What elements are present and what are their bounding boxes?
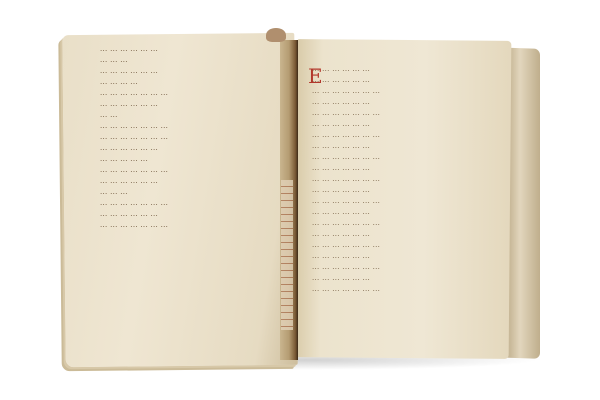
text-line: ... ... ... ... ... ... [312,64,482,75]
text-line: ... ... ... ... ... ... ... [312,284,482,295]
text-line: ... ... ... ... ... ... [100,209,280,220]
text-line: ... ... ... ... ... ... ... [312,196,482,207]
text-line: ... ... ... ... ... ... [100,66,280,77]
text-line: ... ... ... ... ... ... [312,185,482,196]
text-line: ... ... ... [100,55,280,66]
text-line: ... ... ... ... ... ... ... [312,108,482,119]
text-line: ... ... ... ... ... ... [100,176,280,187]
page-tab [266,28,286,42]
text-line: ... ... ... ... ... ... [312,163,482,174]
text-line: ... ... ... ... ... ... ... [312,152,482,163]
text-line: ... ... ... ... ... ... [312,119,482,130]
text-line: ... ... ... ... ... ... [312,97,482,108]
text-line: ... ... ... ... ... ... ... [100,88,280,99]
text-line: ... ... ... [100,187,280,198]
text-line: ... ... ... ... ... ... [312,251,482,262]
text-line: ... ... ... ... ... ... ... [100,220,280,231]
right-page-text: ... ... ... ... ... ... ... ... ... ... … [312,64,482,295]
text-line: ... ... ... ... ... ... ... [312,218,482,229]
binding-strip [281,180,293,330]
text-line: ... ... ... ... ... ... [312,207,482,218]
text-line: ... ... ... ... ... ... ... [312,86,482,97]
text-line: ... ... ... ... ... ... ... [312,262,482,273]
text-line: ... ... ... ... ... ... ... [100,198,280,209]
text-line: ... ... ... ... ... ... ... [100,132,280,143]
text-line: ... ... ... ... ... ... [100,143,280,154]
text-line: ... ... [100,110,280,121]
text-line: ... ... ... ... [100,77,280,88]
text-line: ... ... ... ... ... ... ... [100,121,280,132]
text-line: ... ... ... ... ... ... [100,99,280,110]
text-line: ... ... ... ... ... ... ... [312,174,482,185]
text-line: ... ... ... ... ... ... [312,273,482,284]
text-line: ... ... ... ... ... ... ... [100,165,280,176]
text-line: ... ... ... ... ... ... [312,75,482,86]
text-line: ... ... ... ... ... [100,154,280,165]
text-line: ... ... ... ... ... ... ... [312,130,482,141]
text-line: ... ... ... ... ... ... [312,229,482,240]
text-line: ... ... ... ... ... ... ... [312,240,482,251]
text-line: ... ... ... ... ... ... [100,44,280,55]
left-page-text: ... ... ... ... ... ... ... ... ... ... … [100,44,280,231]
text-line: ... ... ... ... ... ... [312,141,482,152]
